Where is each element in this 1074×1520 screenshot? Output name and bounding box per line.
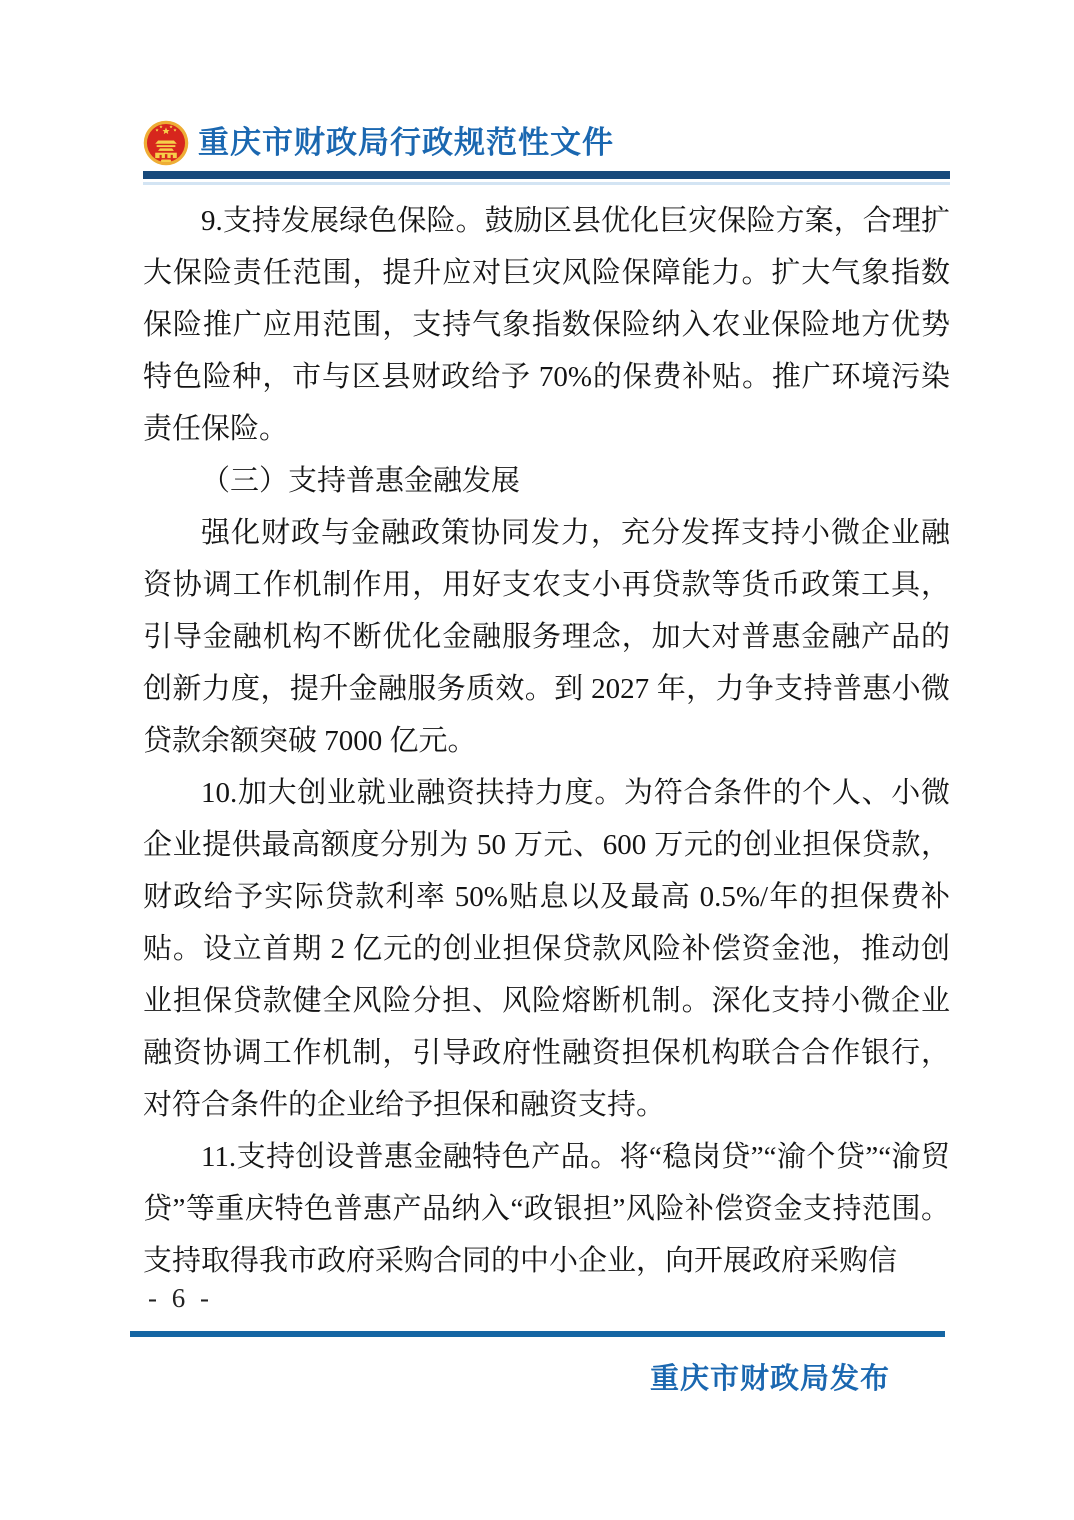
header-title: 重庆市财政局行政规范性文件: [198, 120, 614, 166]
page-number: - 6 -: [148, 1283, 213, 1314]
document-header: 重庆市财政局行政规范性文件: [143, 118, 950, 168]
header-rule-light: [143, 182, 950, 185]
paragraph-item-11: 11.支持创设普惠金融特色产品。将“稳岗贷”“渝个贷”“渝贸贷”等重庆特色普惠产…: [143, 1131, 950, 1287]
national-emblem-icon: [143, 120, 189, 166]
paragraph-inclusive-finance-intro: 强化财政与金融政策协同发力，充分发挥支持小微企业融资协调工作机制作用，用好支农支…: [143, 507, 950, 767]
paragraph-item-10: 10.加大创业就业融资扶持力度。为符合条件的个人、小微企业提供最高额度分别为 5…: [143, 767, 950, 1131]
paragraph-item-9: 9.支持发展绿色保险。鼓励区县优化巨灾保险方案，合理扩大保险责任范围，提升应对巨…: [143, 195, 950, 455]
header-rule: [143, 171, 950, 179]
footer-publisher: 重庆市财政局发布: [143, 1356, 890, 1397]
section-heading-three: （三）支持普惠金融发展: [143, 455, 950, 507]
footer-rule: [130, 1331, 945, 1337]
document-body: 9.支持发展绿色保险。鼓励区县优化巨灾保险方案，合理扩大保险责任范围，提升应对巨…: [143, 195, 950, 1287]
document-page: 重庆市财政局行政规范性文件 9.支持发展绿色保险。鼓励区县优化巨灾保险方案，合理…: [0, 0, 1074, 1520]
